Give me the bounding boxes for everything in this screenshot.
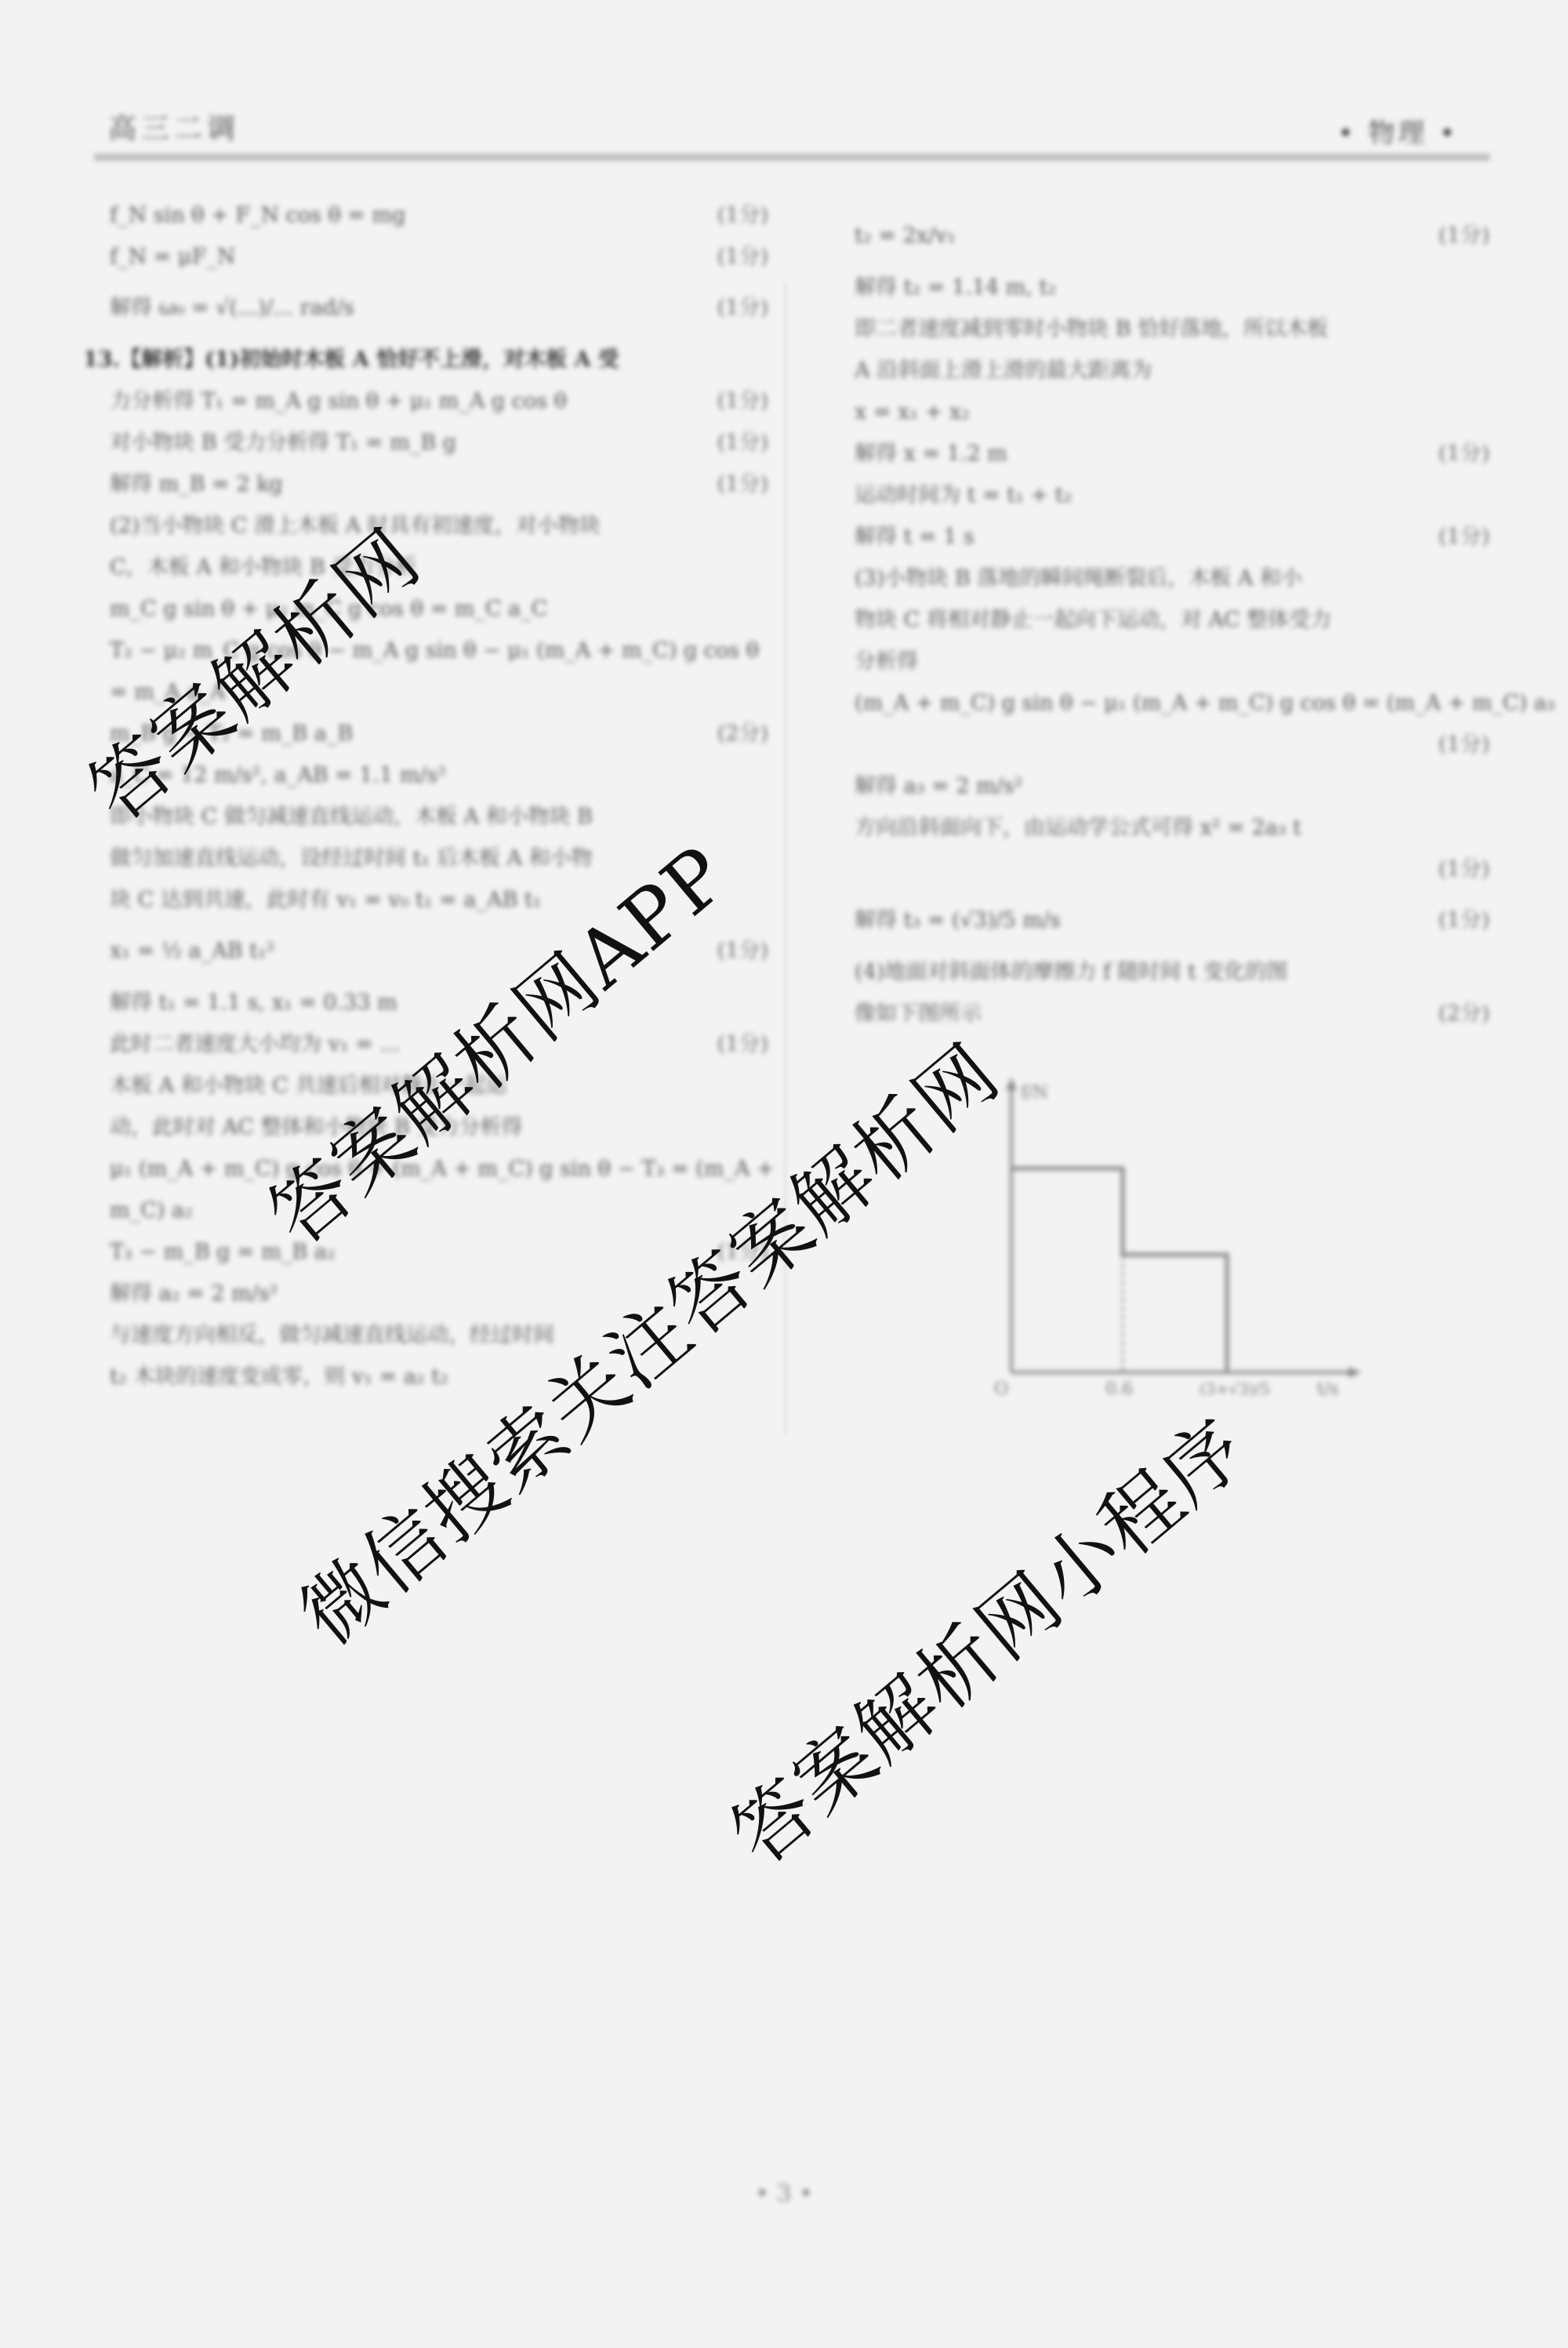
solution-line: 方向沿斜面向下，由运动学公式可得 x² = 2a₃ t [855,807,1490,849]
graph-svg: f/N O 0.6 (3+√3)/5 t/s [980,1067,1372,1404]
watermark: 答案解析网小程序 [703,1387,1266,1885]
solution-line: 解得 t₂ = 1.14 m, t₂ [855,267,1490,308]
solution-line: 物块 C 将相对静止一起向下运动，对 AC 整体受力 [855,599,1490,641]
solution-line: 力分析得 T₁ = m_A g sin θ + μ₁ m_A g cos θ(1… [110,380,768,422]
solution-line: f_N sin θ + F_N cos θ = mg(1分) [110,194,768,236]
solution-line: A 沿斜面上滑上滑的最大距离为 [855,350,1490,391]
solution-line: 即二者速度减到零时小物块 B 恰好落地，所以木板 [855,308,1490,350]
subject-label: • 物理 • [1338,111,1458,150]
friction-time-graph: f/N O 0.6 (3+√3)/5 t/s [980,1067,1372,1404]
page-header: 高三二调 • 物理 • [94,102,1490,157]
solution-line: (3)小物块 B 落地的瞬间绳断裂后，木板 A 和小 [855,558,1490,599]
solution-line: (m_A + m_C) g sin θ − μ₁ (m_A + m_C) g c… [855,682,1490,724]
solution-line: 解得 t = 1 s(1分) [855,516,1490,558]
svg-text:(3+√3)/5: (3+√3)/5 [1200,1379,1270,1398]
solution-line: C，木板 A 和小物块 B 受力分析 [110,547,768,588]
document-page: 高三二调 • 物理 • f_N sin θ + F_N cos θ = mg(1… [0,0,1568,2348]
solution-line: (1分) [855,724,1490,765]
solution-line: 解得 t₃ = (√3)/5 m/s(1分) [855,890,1490,951]
left-column: f_N sin θ + F_N cos θ = mg(1分) f_N = μF_… [110,194,768,1398]
solution-line: 解得 ω₀ = √(...)/... rad/s(1分) [110,278,768,339]
solution-line: 解得 m_B = 2 kg(1分) [110,463,768,505]
page-number: • 3 • [737,2180,831,2208]
solution-line: 解得 a₃ = 2 m/s² [855,765,1490,807]
exam-title: 高三二调 [108,107,240,147]
solution-line: 运动时间为 t = t₁ + t₂ [855,474,1490,516]
solution-line: x = x₁ + x₂ [855,391,1490,433]
solution-line: (2)当小物块 C 滑上木板 A 时具有初速度，对小物块 [110,505,768,547]
svg-text:t/s: t/s [1317,1379,1339,1399]
header-divider [94,154,1490,161]
solution-line: f_N = μF_N(1分) [110,236,768,278]
solution-line: m_C g sin θ + μ₂ m_C g cos θ = m_C a_C [110,588,768,630]
solution-line: 对小物块 B 受力分析得 T₁ = m_B g(1分) [110,422,768,463]
svg-text:O: O [994,1379,1008,1399]
svg-text:f/N: f/N [1021,1083,1048,1103]
solution-line: 解得 x = 1.2 m(1分) [855,433,1490,474]
solution-line: (1分) [855,849,1490,890]
svg-text:0.6: 0.6 [1105,1379,1133,1399]
solution-line: t₂ = 2x/v₁(1分) [855,205,1490,267]
right-column: t₂ = 2x/v₁(1分) 解得 t₂ = 1.14 m, t₂ 即二者速度减… [855,205,1490,1034]
solution-line: 分析得 [855,641,1490,682]
solution-line: 13.【解析】(1)初始时木板 A 恰好不上滑，对木板 A 受 [83,339,768,380]
solution-line: (4)地面对斜面体的摩擦力 f 随时间 t 变化的图 [855,951,1490,993]
solution-line: m_C) a₂ [110,1190,768,1231]
